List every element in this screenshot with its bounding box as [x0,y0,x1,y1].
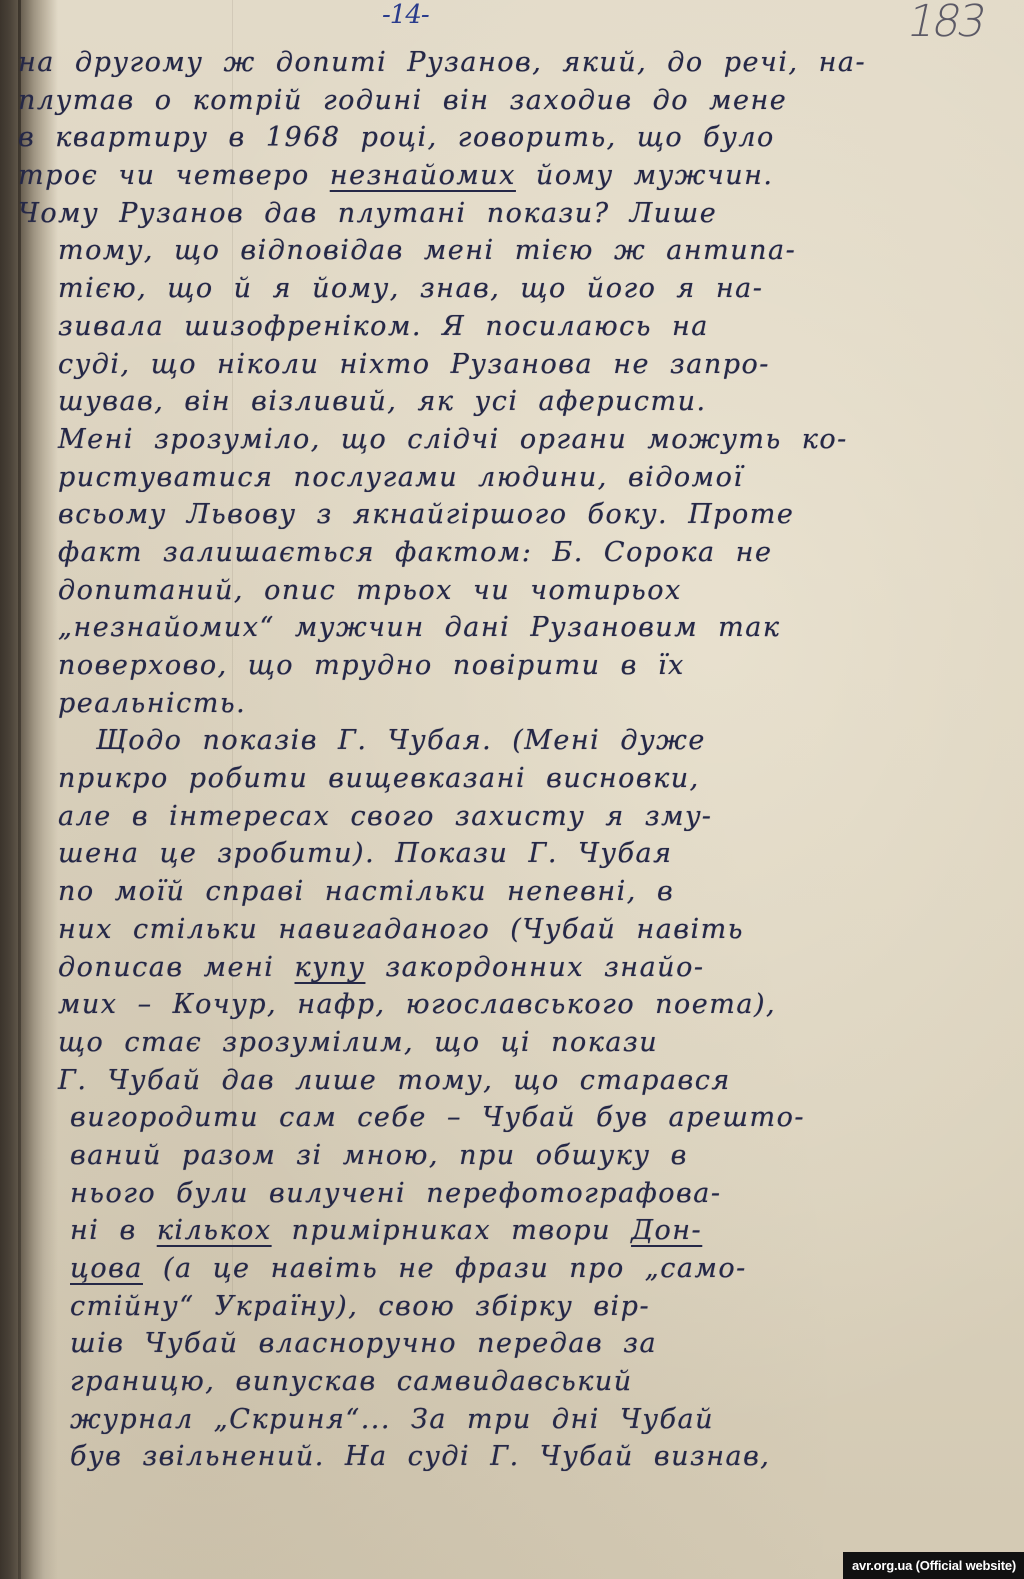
text-line: Г. Чубай дав лише тому, що старався [0,1062,1000,1100]
text-line: шена це зробити). Покази Г. Чубая [0,835,1000,873]
text-line: ристуватися послугами людини, відомої [0,459,1000,497]
text-line: факт залишається фактом: Б. Сорока не [0,534,1000,572]
text-line: мих – Кочур, нафр, югославського поета), [0,986,1000,1024]
text-line: що стає зрозумілим, що ці покази [0,1024,1000,1062]
underlined-word: цова [70,1253,143,1284]
text-line: в квартиру в 1968 році, говорить, що бул… [0,119,1000,157]
text-line: зивала шизофреніком. Я посилаюсь на [0,308,1000,346]
text-line: вигородити сам себе – Чубай був арешто- [0,1099,1000,1137]
text-line: на другому ж допиті Рузанов, який, до ре… [0,44,1000,82]
text-line: ні в кількох примірниках твори Дон- [0,1212,1000,1250]
text-line: стійну“ Україну), свою збірку вір- [0,1288,1000,1326]
paragraph-start-line: Щодо показів Г. Чубая. (Мені дуже [0,722,1000,760]
text-line: дописав мені купу закордонних знайо- [0,949,1000,987]
text-line: по моїй справі настільки непевні, в [0,873,1000,911]
source-watermark: avr.org.ua (Official website) [843,1552,1024,1579]
text-line: ваний разом зі мною, при обшуку в [0,1137,1000,1175]
text-line: поверхово, що трудно повірити в їх [0,647,1000,685]
text-line: них стільки навигаданого (Чубай навіть [0,911,1000,949]
text-fragment: троє чи четверо [18,160,330,191]
text-line: реальність. [0,685,1000,723]
text-fragment: примірниках твори [272,1215,631,1246]
text-line: плутав о котрій годині він заходив до ме… [0,82,1000,120]
text-line: цова (а це навіть не фрази про „само- [0,1250,1000,1288]
text-line: суді, що ніколи ніхто Рузанова не запро- [0,346,1000,384]
text-fragment: дописав мені [58,952,295,983]
text-line: нього були вилучені перефотографова- [0,1175,1000,1213]
text-line: всьому Львову з якнайгіршого боку. Проте [0,496,1000,534]
text-line: прикро робити вищевказані висновки, [0,760,1000,798]
text-line: був звільнений. На суді Г. Чубай визнав, [0,1438,1000,1476]
underlined-word: незнайомих [330,160,516,191]
text-fragment: йому мужчин. [516,160,774,191]
handwritten-text-body: на другому ж допиті Рузанов, який, до ре… [0,44,1000,1476]
text-line: але в інтересах свого захисту я змy- [0,798,1000,836]
scanned-document-page: -14- 183 на другому ж допиті Рузанов, як… [0,0,1024,1579]
archive-sheet-number: 183 [903,0,989,47]
text-fragment: (а це навіть не фрази про „само- [143,1253,747,1284]
underlined-word: Дон- [631,1215,702,1246]
text-fragment: закордонних знайо- [365,952,704,983]
page-number: -14- [382,0,429,30]
text-line: журнал „Скриня“... За три дні Чубай [0,1401,1000,1439]
text-line: тією, що й я йому, знав, що його я на- [0,270,1000,308]
text-line: шів Чубай власноручно передав за [0,1325,1000,1363]
text-line: допитаний, опис трьох чи чотирьох [0,572,1000,610]
text-line: „незнайомих“ мужчин дані Рузановим так [0,609,1000,647]
text-line: границю, випускав самвидавський [0,1363,1000,1401]
text-fragment: ні в [70,1215,157,1246]
underlined-word: кількох [157,1215,272,1246]
text-line: Мені зрозуміло, що слідчі органи можуть … [0,421,1000,459]
text-line: тому, що відповідав мені тією ж антипа- [0,232,1000,270]
text-line: Чому Рузанов дав плутані покази? Лише [0,195,1000,233]
text-line: троє чи четверо незнайомих йому мужчин. [0,157,1000,195]
text-line: шував, він візливий, як усі аферисти. [0,383,1000,421]
underlined-word: купу [295,952,366,983]
